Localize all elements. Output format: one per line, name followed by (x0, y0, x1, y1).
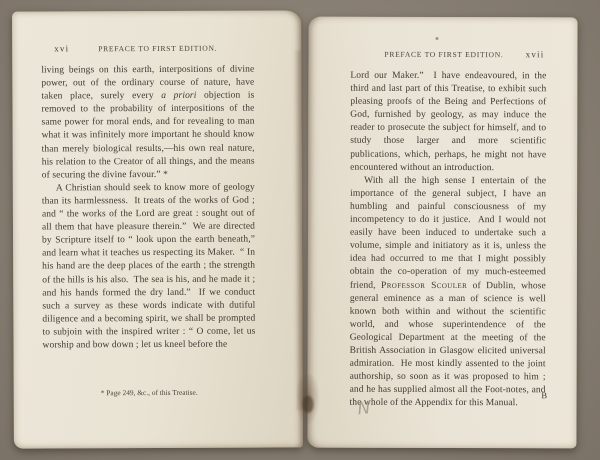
right-running-head-title: PREFACE TO FIRST EDITION. (384, 50, 503, 59)
text-segment: a priori (161, 91, 196, 101)
paragraph: With all the high sense I entertain of t… (350, 175, 547, 411)
left-running-head: xvi PREFACE TO FIRST EDITION. (41, 43, 274, 53)
left-running-head-title: PREFACE TO FIRST EDITION. (98, 44, 217, 54)
paragraph: living beings on this earth, interpositi… (41, 64, 255, 183)
right-page-body: Lord our Maker.” I have endeavoured, in … (350, 70, 547, 411)
text-segment: With all the high sense I entertain of t… (350, 176, 546, 291)
right-page: PREFACE TO FIRST EDITION. xvii Lord our … (307, 17, 577, 449)
text-segment: Professor Scouler (381, 280, 467, 290)
left-folio: xvi (54, 43, 69, 53)
printers-signature-mark: B (308, 390, 548, 401)
left-page-body: living beings on this earth, interpositi… (41, 64, 255, 353)
right-running-head: PREFACE TO FIRST EDITION. xvii (337, 50, 550, 60)
text-segment: objection is removed to the probability … (41, 91, 254, 180)
book-scan-photo: xvi PREFACE TO FIRST EDITION. living bei… (0, 0, 600, 460)
text-segment: Lord our Maker.” I have endeavoured, in … (350, 71, 546, 173)
foxing-speck (436, 37, 439, 40)
left-page-footnote: * Page 249, &c., of this Treatise. (43, 388, 256, 398)
left-page: xvi PREFACE TO FIRST EDITION. living bei… (12, 10, 303, 448)
pencil-annotation: N (357, 398, 372, 419)
text-segment: A Christian should seek to know more of … (42, 182, 256, 350)
gutter-shadow-stain (293, 50, 303, 410)
right-folio: xvii (526, 49, 545, 59)
paragraph: A Christian should seek to know more of … (42, 181, 256, 352)
paragraph: Lord our Maker.” I have endeavoured, in … (350, 70, 546, 175)
